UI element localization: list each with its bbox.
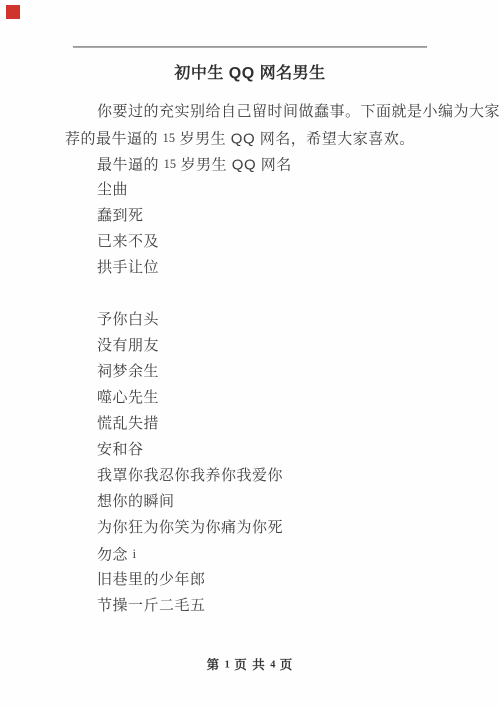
text-line: 荐的最牛逼的 15 岁男生 QQ 网名，希望大家喜欢。: [65, 125, 460, 151]
document-body: 你要过的充实别给自己留时间做蠢事。下面就是小编为大家推 荐的最牛逼的 15 岁男…: [65, 99, 460, 619]
text-line: 节操一斤二毛五: [65, 593, 460, 619]
text-line: 为你狂为你笑为你痛为你死: [65, 515, 460, 541]
text-line: 旧巷里的少年郎: [65, 567, 460, 593]
text-line: 噬心先生: [65, 385, 460, 411]
text-line: 想你的瞬间: [65, 489, 460, 515]
document-page: 初中生 QQ 网名男生 你要过的充实别给自己留时间做蠢事。下面就是小编为大家推 …: [0, 0, 500, 707]
text-line: 勿念 i: [65, 541, 460, 567]
text-line: 拱手让位: [65, 255, 460, 281]
text-line: 没有朋友: [65, 333, 460, 359]
red-square-marker: [6, 5, 20, 19]
text-line: 已来不及: [65, 229, 460, 255]
text-line: 慌乱失措: [65, 411, 460, 437]
text-line: 你要过的充实别给自己留时间做蠢事。下面就是小编为大家推: [65, 99, 460, 125]
text-line: 予你白头: [65, 307, 460, 333]
text-line: 尘曲: [65, 177, 460, 203]
text-line: 祠梦余生: [65, 359, 460, 385]
header-divider: [73, 46, 427, 48]
text-line: 安和谷: [65, 437, 460, 463]
text-line: 最牛逼的 15 岁男生 QQ 网名: [65, 151, 460, 177]
text-line: 蠢到死: [65, 203, 460, 229]
text-line: 我罩你我忍你我养你我爱你: [65, 463, 460, 489]
page-number-footer: 第 1 页 共 4 页: [0, 655, 500, 673]
document-title: 初中生 QQ 网名男生: [0, 60, 500, 83]
blank-line: [65, 281, 460, 307]
